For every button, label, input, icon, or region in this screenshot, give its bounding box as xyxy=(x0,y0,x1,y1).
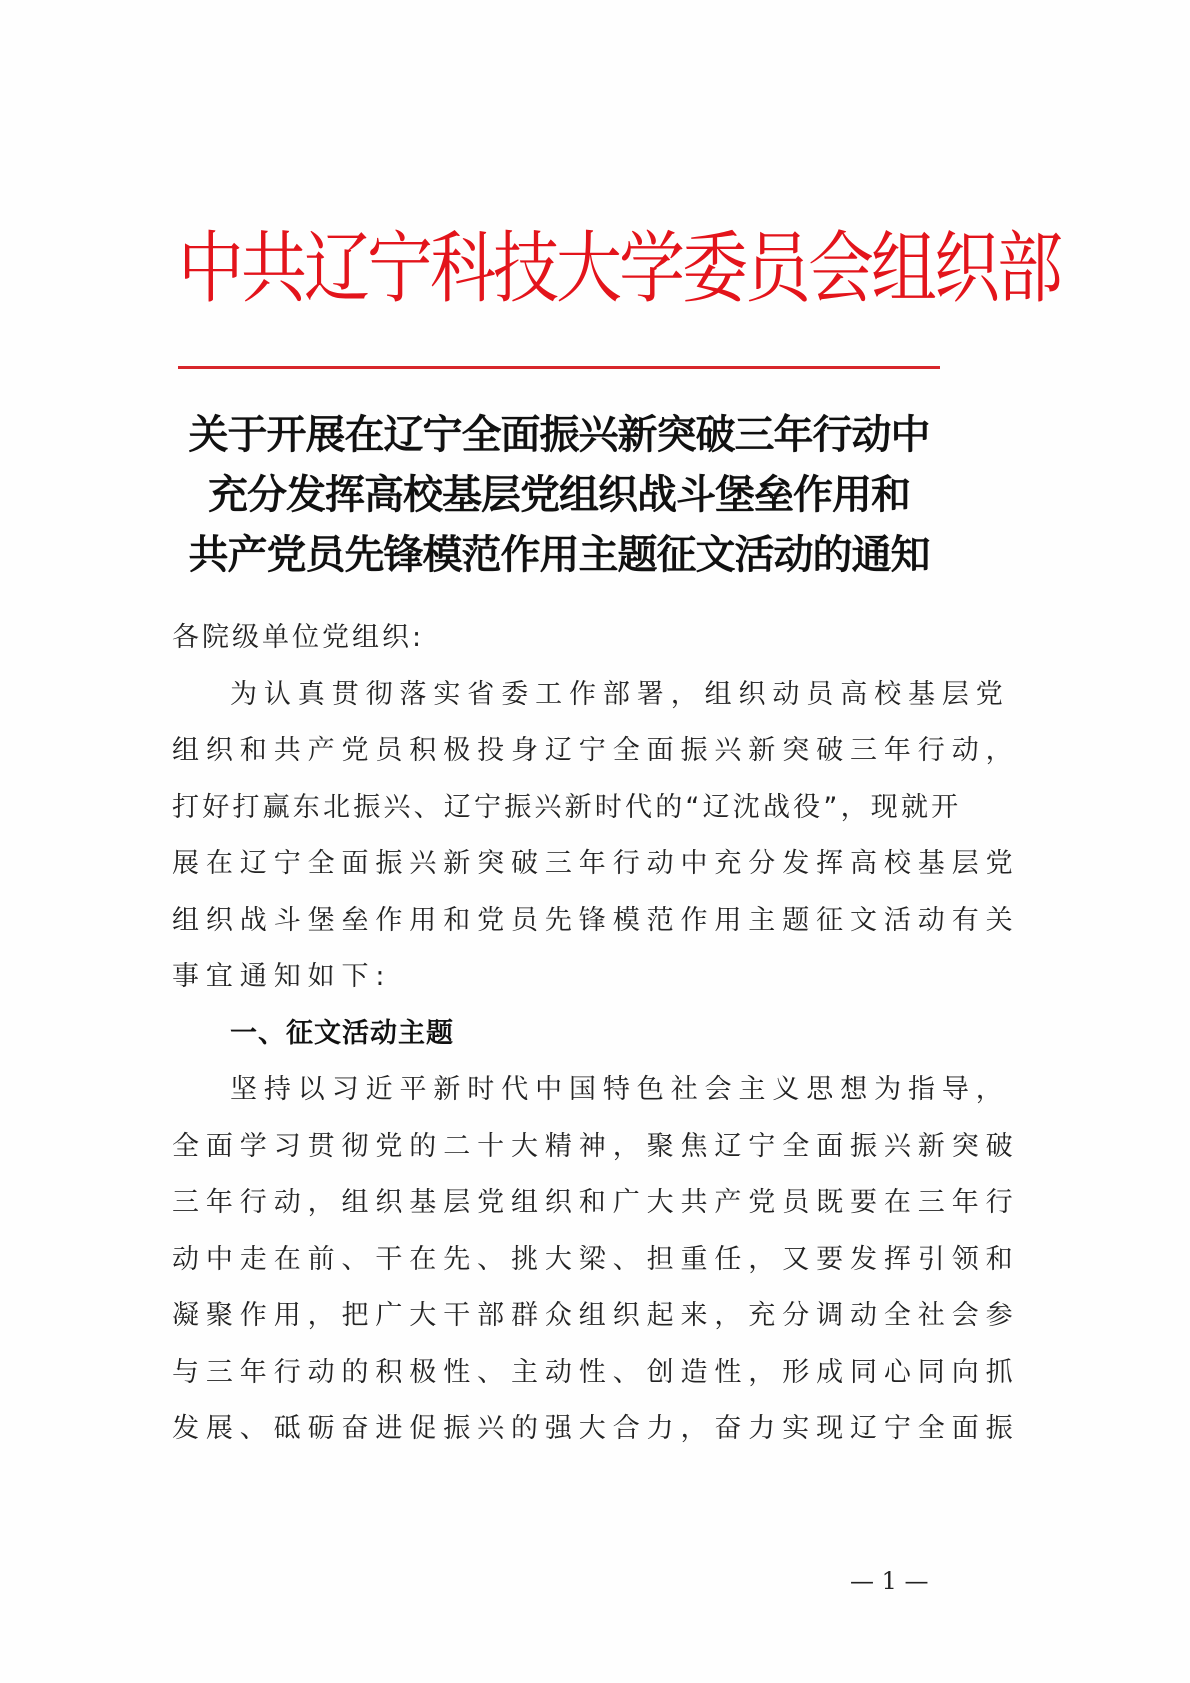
paragraph-line: 三年行动，组织基层党组织和广大共产党员既要在三年行 xyxy=(172,1175,942,1232)
document-page: 中共辽宁科技大学委员会组织部 关于开展在辽宁全面振兴新突破三年行动中 充分发挥高… xyxy=(0,0,1190,1683)
paragraph-line: 事宜通知如下: xyxy=(172,949,942,1006)
paragraph-line: 为认真贯彻落实省委工作部署，组织动员高校基层党 xyxy=(172,667,942,724)
document-title: 关于开展在辽宁全面振兴新突破三年行动中 充分发挥高校基层党组织战斗堡垒作用和 共… xyxy=(176,405,942,585)
paragraph-line: 全面学习贯彻党的二十大精神，聚焦辽宁全面振兴新突破 xyxy=(172,1119,942,1176)
section-heading: 一、征文活动主题 xyxy=(172,1006,942,1063)
paragraph-line: 动中走在前、干在先、挑大梁、担重任，又要发挥引领和 xyxy=(172,1232,942,1289)
paragraph-line: 展在辽宁全面振兴新突破三年行动中充分发挥高校基层党 xyxy=(172,836,942,893)
paragraph-line: 坚持以习近平新时代中国特色社会主义思想为指导， xyxy=(172,1062,942,1119)
paragraph-line: 发展、砥砺奋进促振兴的强大合力，奋力实现辽宁全面振 xyxy=(172,1401,942,1458)
masthead-red-header: 中共辽宁科技大学委员会组织部 xyxy=(178,222,940,316)
paragraph-line: 组织和共产党员积极投身辽宁全面振兴新突破三年行动， xyxy=(172,723,942,780)
page-number: — 1 — xyxy=(850,1567,929,1595)
paragraph-line: 打好打赢东北振兴、辽宁振兴新时代的“辽沈战役”，现就开 xyxy=(172,780,942,837)
document-body: 各院级单位党组织: 为认真贯彻落实省委工作部署，组织动员高校基层党 组织和共产党… xyxy=(172,610,942,1458)
paragraph-line: 组织战斗堡垒作用和党员先锋模范作用主题征文活动有关 xyxy=(172,893,942,950)
red-divider-rule xyxy=(178,366,940,369)
title-line: 充分发挥高校基层党组织战斗堡垒作用和 xyxy=(176,465,942,525)
title-line: 关于开展在辽宁全面振兴新突破三年行动中 xyxy=(176,405,942,465)
title-line: 共产党员先锋模范作用主题征文活动的通知 xyxy=(176,525,942,585)
paragraph-line: 凝聚作用，把广大干部群众组织起来，充分调动全社会参 xyxy=(172,1288,942,1345)
salutation: 各院级单位党组织: xyxy=(172,610,942,667)
paragraph-line: 与三年行动的积极性、主动性、创造性，形成同心同向抓 xyxy=(172,1345,942,1402)
